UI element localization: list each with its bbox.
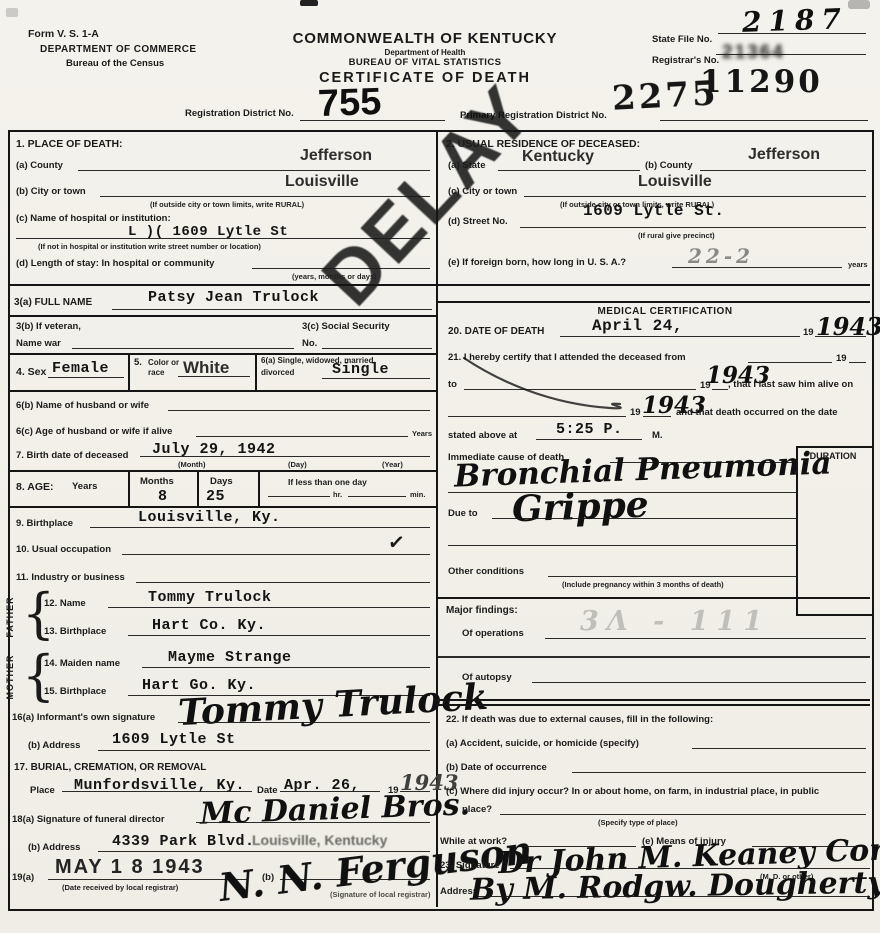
field-line [178, 376, 250, 377]
injury-where-label2: place? [462, 804, 492, 815]
field-line [524, 196, 866, 197]
field-line [572, 772, 866, 773]
dod-label: 20. DATE OF DEATH [448, 326, 544, 337]
birthdate-note-day: (Day) [288, 460, 307, 469]
burial-address-label: (b) Address [28, 842, 80, 853]
field-line [492, 518, 796, 519]
field-line [268, 496, 330, 497]
label-19a: 19(a) [12, 872, 34, 883]
field-line [136, 582, 430, 583]
res-city-value: Louisville [638, 173, 712, 191]
row-divider [436, 301, 870, 303]
res-county-label: (b) County [645, 160, 693, 171]
cell-divider [128, 353, 130, 390]
other-conditions-note: (Include pregnancy within 3 months of de… [562, 580, 724, 589]
field-line [532, 682, 866, 683]
accident-label: (a) Accident, suicide, or homicide (spec… [446, 738, 639, 749]
burial-address-value: 4339 Park Blvd. [112, 833, 255, 850]
due-to-value: Grippe [511, 484, 649, 531]
field-line [815, 336, 866, 337]
res-county-value: Jefferson [748, 146, 820, 164]
bureau-vs-line: BUREAU OF VITAL STATISTICS [260, 57, 590, 68]
city-value: Louisville [285, 173, 359, 191]
birthplace-label: 9. Birthplace [16, 518, 73, 529]
due-to-label: Due to [448, 508, 478, 519]
primary-district-value: 2275 [611, 73, 720, 119]
cell-divider [258, 470, 260, 506]
res-city-label: (c) City or town [448, 186, 517, 197]
street-note: (If rural give precinct) [638, 231, 715, 240]
field-line [112, 309, 432, 310]
mother-maiden-value: Mayme Strange [168, 649, 292, 666]
stay-note: (years, months or days) [292, 272, 377, 281]
row-divider [8, 506, 436, 508]
primary-district-label: Primary Registration District No. [460, 110, 607, 121]
county-value: Jefferson [300, 147, 372, 165]
father-side-label: FATHER [5, 588, 15, 646]
city-note: (If outside city or town limits, write R… [150, 200, 304, 209]
state-file-value: 2187 [741, 2, 848, 39]
mother-side-label: MOTHER [5, 648, 15, 706]
dod-value: April 24, [592, 317, 683, 335]
birthdate-note-month: (Month) [178, 460, 205, 469]
field-line [72, 348, 294, 349]
certificate-title: CERTIFICATE OF DEATH [260, 70, 590, 86]
field-line [100, 196, 430, 197]
burial-address-stamp: Louisville, Kentucky [252, 832, 387, 848]
field-line [142, 667, 430, 668]
state-file-label: State File No. [652, 34, 712, 45]
received-note: (Date received by local registrar) [62, 883, 178, 892]
field-line [98, 750, 430, 751]
major-findings-label: Major findings: [446, 605, 518, 616]
received-date-stamp: MAY 1 8 1943 [55, 856, 205, 879]
mother-maiden-label: 14. Maiden name [44, 658, 120, 669]
ss-label: 3(c) Social Security [302, 321, 390, 332]
husband-label: 6(b) Name of husband or wife [16, 400, 149, 411]
burial-place-label: Place [30, 785, 55, 796]
fullname-value: Patsy Jean Trulock [148, 289, 319, 306]
field-line [692, 748, 866, 749]
dod-19: 19 [803, 327, 814, 338]
section-title: 1. PLACE OF DEATH: [16, 138, 123, 150]
informant-sig-label: 16(a) Informant's own signature [12, 712, 155, 723]
informant-address-label: (b) Address [28, 740, 80, 751]
age-days-value: 25 [206, 488, 225, 505]
race-value: White [183, 358, 229, 378]
birthdate-label: 7. Birth date of deceased [16, 450, 128, 461]
pen-stroke [460, 352, 820, 422]
death-certificate-scan: Form V. S. 1-A DEPARTMENT OF COMMERCE Bu… [0, 0, 880, 933]
operations-pencil: 3Λ - 111 [580, 606, 770, 637]
race-label1: Color or [148, 358, 179, 367]
years-suffix: years [848, 260, 868, 269]
reg-district-value: 755 [317, 81, 382, 126]
hospital-note: (If not in hospital or institution write… [38, 242, 261, 251]
field-line [90, 527, 430, 528]
field-line [548, 576, 796, 577]
row-divider [8, 390, 436, 392]
field-line [196, 436, 408, 437]
field-line [168, 410, 430, 411]
department-line: DEPARTMENT OF COMMERCE [40, 44, 196, 55]
age-min-label: min. [410, 490, 425, 499]
section-divider [8, 284, 870, 286]
mother-birthplace-label: 15. Birthplace [44, 686, 106, 697]
death-time-value: 5:25 P. [556, 421, 623, 438]
field-line [140, 456, 430, 457]
marital-label2: divorced [261, 368, 294, 377]
field-line [478, 896, 870, 897]
age-husband-suffix: Years [412, 429, 432, 438]
m-label: M. [652, 430, 663, 441]
row-divider [436, 699, 870, 701]
age-label: 8. AGE: [16, 481, 54, 493]
certify-to-label: to [448, 379, 457, 390]
foreign-born-value: 22-2 [688, 244, 754, 268]
field-line [178, 722, 430, 723]
row-divider [8, 470, 436, 472]
hospital-label: (c) Name of hospital or institution: [16, 213, 171, 224]
field-line [322, 348, 432, 349]
industry-label: 11. Industry or business [16, 572, 125, 583]
age-days-label: Days [210, 476, 233, 487]
burial-title: 17. BURIAL, CREMATION, OR REMOVAL [14, 762, 206, 773]
field-line [560, 336, 800, 337]
field-line [498, 170, 640, 171]
coroner-sig-label: 23. Signature [440, 860, 500, 871]
row-divider [436, 597, 870, 599]
cell-divider [128, 470, 130, 506]
duration-label: DURATION [798, 451, 868, 461]
veteran-label: 3(b) If veteran, [16, 321, 81, 332]
street-label: (d) Street No. [448, 216, 508, 227]
mother-brace: { [22, 645, 55, 708]
dept-health-line: Department of Health [260, 48, 590, 57]
field-line [700, 170, 866, 171]
primary-district-line [660, 120, 868, 121]
field-line [322, 378, 430, 379]
field-line [520, 227, 866, 228]
father-birthplace-value: Hart Co. Ky. [152, 617, 266, 634]
field-line [500, 814, 866, 815]
city-label: (b) City or town [16, 186, 86, 197]
father-name-label: 12. Name [44, 598, 86, 609]
field-line [545, 638, 866, 639]
age-hr-label: hr. [333, 490, 342, 499]
row-divider [436, 704, 870, 706]
marital-value: Single [332, 361, 389, 378]
father-birthplace-label: 13. Birthplace [44, 626, 106, 637]
field-line [536, 439, 642, 440]
ss-label2: No. [302, 338, 317, 349]
scan-mark [848, 0, 870, 9]
cell-divider [197, 470, 199, 506]
registrar-no-smudge: 21364 [722, 42, 785, 64]
state-value: Kentucky [522, 148, 594, 166]
race-label2: race [148, 368, 164, 377]
race-label-no: 5. [134, 357, 142, 368]
state-label: (a) State [448, 160, 485, 171]
sex-label: 4. Sex [16, 366, 46, 378]
registrar-sig-note: (Signature of local registrar) [330, 890, 430, 899]
field-line [48, 377, 124, 378]
birthplace-value: Louisville, Ky. [138, 509, 281, 526]
field-line [849, 362, 866, 363]
external-title: 22. If death was due to external causes,… [446, 714, 713, 725]
bureau-line: Bureau of the Census [66, 58, 164, 69]
foreign-born-label: (e) If foreign born, how long in U. S. A… [448, 257, 626, 268]
autopsy-label: Of autopsy [462, 672, 512, 683]
field-line [196, 822, 430, 823]
scan-mark [300, 0, 318, 6]
operations-label: Of operations [462, 628, 524, 639]
commonwealth-title: COMMONWEALTH OF KENTUCKY [260, 30, 590, 47]
age-years-label: Years [72, 481, 97, 492]
field-line [122, 554, 430, 555]
row-divider [8, 315, 436, 317]
field-line [108, 607, 430, 608]
birthdate-note-year: (Year) [382, 460, 403, 469]
occurrence-label: (b) Date of occurrence [446, 762, 547, 773]
informant-address-value: 1609 Lytle St [112, 731, 236, 748]
field-line [128, 635, 430, 636]
age-months-label: Months [140, 476, 174, 487]
row-divider [8, 353, 436, 355]
county-label: (a) County [16, 160, 63, 171]
injury-where-label: (c) Where did injury occur? In or about … [446, 786, 819, 797]
field-line [448, 545, 796, 546]
age-months-value: 8 [158, 488, 168, 505]
sex-value: Female [52, 360, 109, 377]
fullname-label: 3(a) FULL NAME [14, 297, 92, 308]
scan-mark [6, 8, 18, 17]
field-line [16, 238, 430, 239]
field-line [62, 791, 252, 792]
field-line [672, 267, 842, 268]
field-line [348, 496, 406, 497]
occupation-checkmark: ✓ [387, 529, 406, 556]
field-line [78, 170, 430, 171]
medical-title: MEDICAL CERTIFICATION [540, 306, 790, 317]
row-line [436, 656, 870, 658]
duration-box [796, 446, 872, 616]
injury-place-note: (Specify type of place) [598, 818, 678, 827]
reg-district-label: Registration District No. [185, 108, 294, 119]
cell-divider [255, 353, 257, 390]
age-less-label: If less than one day [288, 477, 367, 487]
form-number: Form V. S. 1-A [28, 28, 99, 40]
director-label: 18(a) Signature of funeral director [12, 814, 165, 825]
stated-label: stated above at [448, 430, 517, 441]
veteran-label2: Name war [16, 338, 61, 349]
father-name-value: Tommy Trulock [148, 589, 272, 606]
street-value: 1609 Lytle St. [583, 202, 724, 220]
other-conditions-label: Other conditions [448, 566, 524, 577]
certify-19a: 19 [836, 353, 847, 364]
field-line [252, 268, 430, 269]
occupation-label: 10. Usual occupation [16, 544, 111, 555]
stay-label: (d) Length of stay: In hospital or commu… [16, 258, 214, 269]
age-husband-label: 6(c) Age of husband or wife if alive [16, 426, 172, 437]
